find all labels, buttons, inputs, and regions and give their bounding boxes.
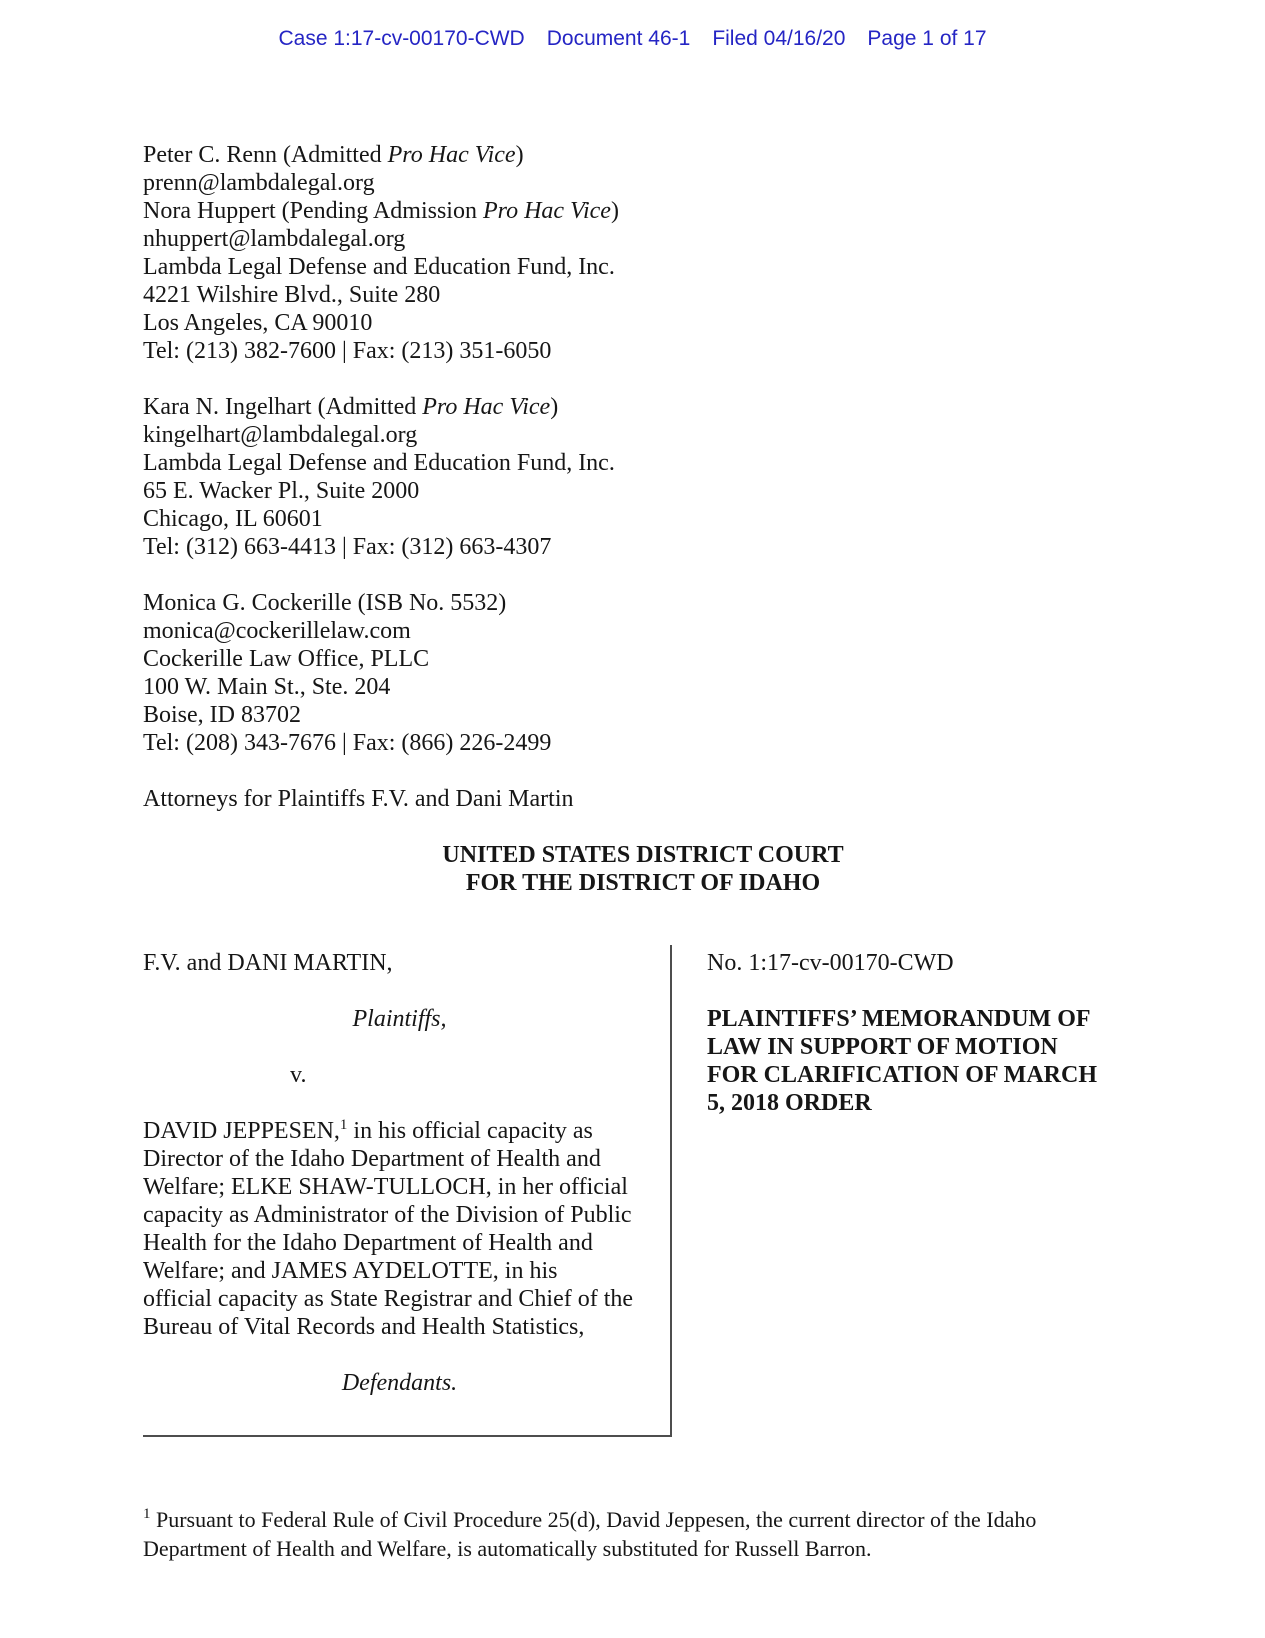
defendants-role-label: Defendants. [143,1369,656,1397]
street-address: 100 W. Main St., Ste. 204 [143,673,1143,701]
caption-case-info-column: No. 1:17-cv-00170-CWD PLAINTIFFS’ MEMORA… [672,945,1143,1437]
attorney-email: monica@cockerillelaw.com [143,617,1143,645]
defendants-line: Director of the Idaho Department of Heal… [143,1145,656,1173]
close-paren: ) [516,142,524,168]
attorney-name: Nora Huppert (Pending Admission [143,198,483,224]
defendant-capacity: in his official capacity as [347,1118,592,1144]
plaintiffs-names: F.V. and DANI MARTIN, [143,949,656,977]
attorney-name: Peter C. Renn (Admitted [143,142,388,168]
street-address: 4221 Wilshire Blvd., Suite 280 [143,281,1143,309]
defendants-line: Bureau of Vital Records and Health Stati… [143,1313,656,1341]
ecf-header-stamp: Case 1:17-cv-00170-CWD Document 46-1 Fil… [0,0,1265,52]
footnote-text: Pursuant to Federal Rule of Civil Proced… [143,1507,1036,1561]
attorney-email: nhuppert@lambdalegal.org [143,225,1143,253]
firm-name: Lambda Legal Defense and Education Fund,… [143,449,1143,477]
defendants-line: Welfare; ELKE SHAW-TULLOCH, in her offic… [143,1173,656,1201]
city-state-zip: Los Angeles, CA 90010 [143,309,1143,337]
attorneys-for-line: Attorneys for Plaintiffs F.V. and Dani M… [143,785,1143,813]
versus-label: v. [290,1061,656,1089]
firm-name: Cockerille Law Office, PLLC [143,645,1143,673]
court-heading: UNITED STATES DISTRICT COURT FOR THE DIS… [143,841,1143,897]
close-paren: ) [611,198,619,224]
pro-hac-vice-label: Pro Hac Vice [422,394,550,420]
attorney-block-ingelhart: Kara N. Ingelhart (Admitted Pro Hac Vice… [143,393,1143,561]
case-caption-box: F.V. and DANI MARTIN, Plaintiffs, v. DAV… [143,945,1143,1437]
defendants-line: Welfare; and JAMES AYDELOTTE, in his [143,1257,656,1285]
defendants-line: Health for the Idaho Department of Healt… [143,1229,656,1257]
document-body: Peter C. Renn (Admitted Pro Hac Vice) pr… [0,141,1265,1563]
city-state-zip: Chicago, IL 60601 [143,505,1143,533]
stamp-page-number: Page 1 of 17 [867,26,986,52]
stamp-case-number: Case 1:17-cv-00170-CWD [278,26,524,52]
court-district: FOR THE DISTRICT OF IDAHO [143,869,1143,897]
case-number: No. 1:17-cv-00170-CWD [707,949,1143,977]
footnote: 1 Pursuant to Federal Rule of Civil Proc… [143,1505,1123,1563]
attorney-block-renn-huppert: Peter C. Renn (Admitted Pro Hac Vice) pr… [143,141,1143,365]
tel-fax-line: Tel: (312) 663-4413 | Fax: (312) 663-430… [143,533,1143,561]
tel-fax-line: Tel: (213) 382-7600 | Fax: (213) 351-605… [143,337,1143,365]
attorney-block-cockerille: Monica G. Cockerille (ISB No. 5532) moni… [143,589,1143,757]
caption-parties-column: F.V. and DANI MARTIN, Plaintiffs, v. DAV… [143,945,672,1437]
court-document-page: Case 1:17-cv-00170-CWD Document 46-1 Fil… [0,0,1265,1638]
city-state-zip: Boise, ID 83702 [143,701,1143,729]
stamp-filed-date: Filed 04/16/20 [712,26,845,52]
document-title-line: LAW IN SUPPORT OF MOTION [707,1033,1143,1061]
pro-hac-vice-label: Pro Hac Vice [483,198,611,224]
defendants-description: DAVID JEPPESEN,1 in his official capacit… [143,1117,656,1341]
document-title-line: 5, 2018 ORDER [707,1089,1143,1117]
attorney-email: kingelhart@lambdalegal.org [143,421,1143,449]
defendants-line: capacity as Administrator of the Divisio… [143,1201,656,1229]
defendants-line: DAVID JEPPESEN,1 in his official capacit… [143,1117,656,1145]
document-title: PLAINTIFFS’ MEMORANDUM OF LAW IN SUPPORT… [707,1005,1143,1117]
attorney-name-line: Kara N. Ingelhart (Admitted Pro Hac Vice… [143,393,1143,421]
defendant-name: DAVID JEPPESEN, [143,1118,340,1144]
plaintiffs-role-label: Plaintiffs, [143,1005,656,1033]
firm-name: Lambda Legal Defense and Education Fund,… [143,253,1143,281]
close-paren: ) [550,394,558,420]
attorney-name-line: Monica G. Cockerille (ISB No. 5532) [143,589,1143,617]
defendants-line: official capacity as State Registrar and… [143,1285,656,1313]
footnote-marker: 1 [143,1506,151,1522]
attorney-name-line: Peter C. Renn (Admitted Pro Hac Vice) [143,141,1143,169]
street-address: 65 E. Wacker Pl., Suite 2000 [143,477,1143,505]
attorney-email: prenn@lambdalegal.org [143,169,1143,197]
attorney-name: Kara N. Ingelhart (Admitted [143,394,422,420]
document-title-line: FOR CLARIFICATION OF MARCH [707,1061,1143,1089]
attorney-name-line: Nora Huppert (Pending Admission Pro Hac … [143,197,1143,225]
tel-fax-line: Tel: (208) 343-7676 | Fax: (866) 226-249… [143,729,1143,757]
stamp-document-number: Document 46-1 [547,26,691,52]
court-name: UNITED STATES DISTRICT COURT [143,841,1143,869]
document-title-line: PLAINTIFFS’ MEMORANDUM OF [707,1005,1143,1033]
pro-hac-vice-label: Pro Hac Vice [388,142,516,168]
